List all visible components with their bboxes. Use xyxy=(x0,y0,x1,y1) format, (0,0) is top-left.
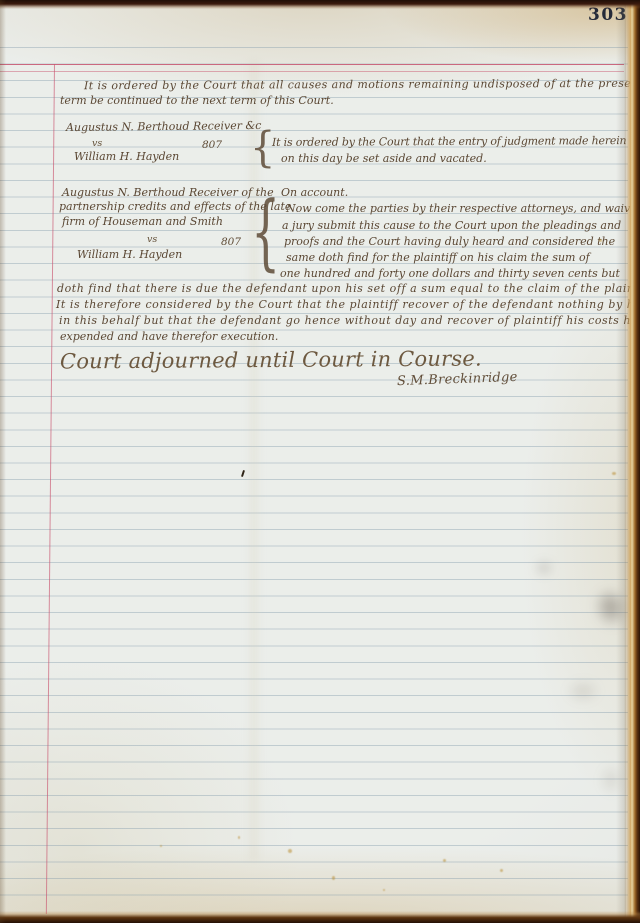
foxing-spot xyxy=(599,239,602,242)
order-text-line: doth find that there is due the defendan… xyxy=(57,283,640,294)
foxing-spot xyxy=(238,836,240,839)
order-text-line: in this behalf but that the defendant go… xyxy=(59,315,640,326)
order-text-line: a jury submit this cause to the Court up… xyxy=(282,220,621,231)
case-number: 807 xyxy=(221,237,241,248)
page-edge-right xyxy=(624,0,640,923)
versus-label: vs xyxy=(92,139,102,149)
case-caption-defendant: William H. Hayden xyxy=(77,249,182,260)
order-text-line: term be continued to the next term of th… xyxy=(60,95,334,106)
ledger-page: 303 It is ordered by the Court that all … xyxy=(0,0,640,923)
foxing-spot xyxy=(500,869,503,872)
adjournment-note: Court adjourned until Court in Course. xyxy=(60,349,482,373)
case-number: 807 xyxy=(202,140,222,151)
foxing-spot xyxy=(288,849,292,853)
case-caption-defendant: William H. Hayden xyxy=(74,151,179,162)
margin-line-horizontal-top xyxy=(0,64,624,65)
foxing-spot xyxy=(160,845,162,847)
page-edge-top xyxy=(0,0,640,9)
ruled-lines xyxy=(0,47,628,903)
order-text-line: Now come the parties by their respective… xyxy=(286,203,640,214)
order-text-line: It is ordered by the Court that the entr… xyxy=(272,135,626,148)
order-text-line: same doth find for the plaintiff on his … xyxy=(286,252,590,263)
order-heading: On account. xyxy=(281,187,348,198)
order-text-line: It is therefore considered by the Court … xyxy=(56,299,640,310)
ink-smudge xyxy=(532,558,556,578)
margin-line-horizontal-second xyxy=(0,71,624,72)
case-caption-plaintiff: Augustus N. Berthoud Receiver of the xyxy=(62,187,274,198)
order-text-line: on this day be set aside and vacated. xyxy=(281,153,487,164)
ledger-brace: { xyxy=(251,190,280,273)
ink-smudge xyxy=(560,676,606,706)
paper-streak xyxy=(246,60,262,860)
foxing-spot xyxy=(332,876,335,880)
order-text-line: It is ordered by the Court that all caus… xyxy=(84,78,640,91)
order-text-line: proofs and the Court having duly heard a… xyxy=(284,236,615,247)
foxing-spot xyxy=(443,859,446,862)
order-text-line: expended and have therefor execution. xyxy=(60,331,278,342)
clerk-signature: S.M.Breckinridge xyxy=(397,371,518,388)
case-caption-plaintiff: Augustus N. Berthoud Receiver &c xyxy=(66,120,261,133)
versus-label: vs xyxy=(147,235,157,245)
case-caption-line: firm of Houseman and Smith xyxy=(62,216,223,227)
page-edge-bottom xyxy=(0,911,640,923)
page-edge-left xyxy=(0,0,6,923)
foxing-spot xyxy=(383,889,385,891)
order-text-line: one hundred and forty one dollars and th… xyxy=(280,268,620,279)
